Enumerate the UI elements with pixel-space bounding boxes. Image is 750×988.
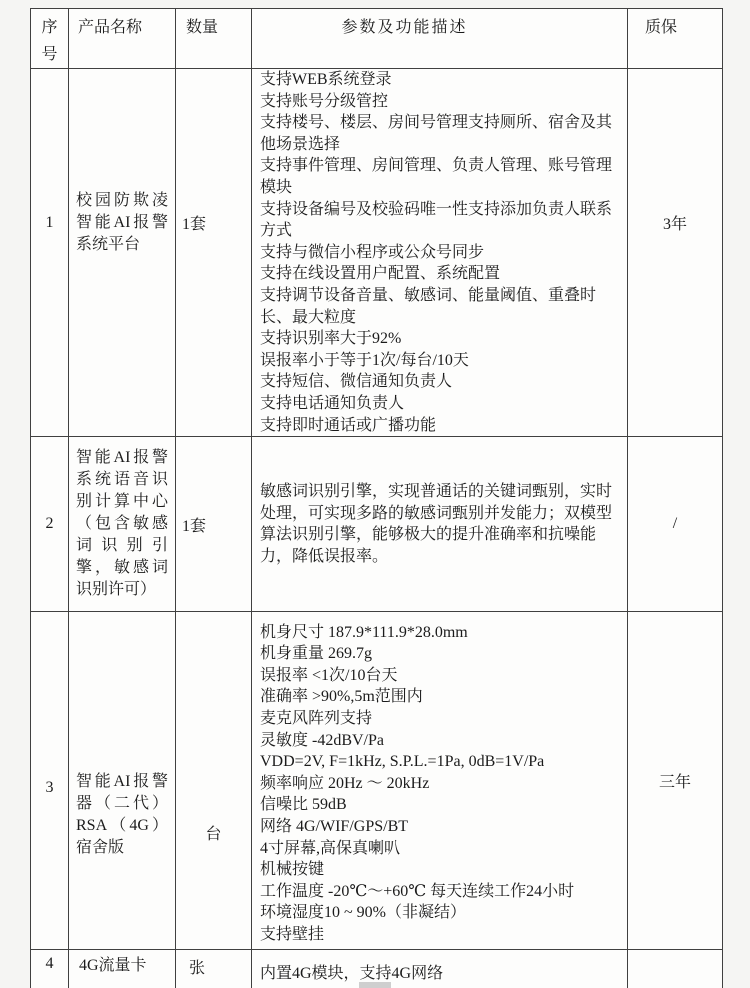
product-name: 智能AI报警系统语音识别计算中心（包含敏感词识别引擎，敏感词识别许可） bbox=[69, 437, 176, 612]
header-row: 序号 产品名称 数量 参数及功能描述 质保 bbox=[31, 9, 723, 69]
table-row: 1 校园防欺凌智能AI报警系统平台 1套 支持WEB系统登录支持账号分级管控支持… bbox=[31, 69, 723, 437]
row-serial-number: 2 bbox=[31, 437, 69, 612]
warranty: 三年 bbox=[628, 612, 723, 950]
table-row: 3 智能AI报警器（二代）RSA（4G）宿舍版 台 机身尺寸 187.9*111… bbox=[31, 612, 723, 950]
spec-paragraph: 内置4G模块，支持4G网络 bbox=[252, 950, 628, 988]
header-cell-serial-number: 序号 bbox=[31, 9, 69, 69]
row-serial-number: 4 bbox=[31, 950, 69, 988]
scan-artifact bbox=[359, 982, 391, 988]
row-serial-number: 1 bbox=[31, 69, 69, 437]
warranty: / bbox=[628, 437, 723, 612]
table-row: 2 智能AI报警系统语音识别计算中心（包含敏感词识别引擎，敏感词识别许可） 1套… bbox=[31, 437, 723, 612]
quantity: 1套 bbox=[176, 69, 252, 437]
spec-list: 机身尺寸 187.9*111.9*28.0mm机身重量 269.7g误报率 <1… bbox=[252, 612, 628, 950]
product-name: 校园防欺凌智能AI报警系统平台 bbox=[69, 69, 176, 437]
warranty bbox=[628, 950, 723, 988]
header-cell-description: 参数及功能描述 bbox=[252, 9, 628, 69]
product-spec-table-sheet: 序号 产品名称 数量 参数及功能描述 质保 1 校园防欺凌智能AI报警系统平台 … bbox=[30, 8, 723, 988]
header-cell-quantity: 数量 bbox=[176, 9, 252, 69]
product-name: 4G流量卡 bbox=[69, 950, 176, 988]
product-name: 智能AI报警器（二代）RSA（4G）宿舍版 bbox=[69, 612, 176, 950]
row-serial-number: 3 bbox=[31, 612, 69, 950]
quantity: 张 bbox=[176, 950, 252, 988]
quantity: 1套 bbox=[176, 437, 252, 612]
spec-list: 支持WEB系统登录支持账号分级管控支持楼号、楼层、房间号管理支持厕所、宿舍及其他… bbox=[252, 69, 628, 437]
warranty: 3年 bbox=[628, 69, 723, 437]
header-cell-warranty: 质保 bbox=[628, 9, 723, 69]
header-cell-product-name: 产品名称 bbox=[69, 9, 176, 69]
product-spec-table: 序号 产品名称 数量 参数及功能描述 质保 1 校园防欺凌智能AI报警系统平台 … bbox=[30, 8, 723, 988]
quantity: 台 bbox=[176, 612, 252, 950]
spec-paragraph: 敏感词识别引擎，实现普通话的关键词甄别，实时处理，可实现多路的敏感词甄别并发能力… bbox=[252, 437, 628, 612]
